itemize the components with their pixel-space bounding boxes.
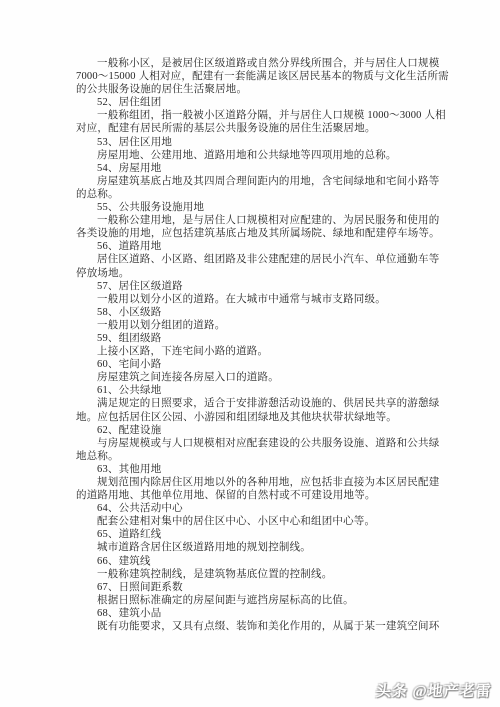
document-line: 上接小区路，下连宅间小路的道路。 [76,345,436,358]
document-line: 对应，配建有居民所需的基层公共服务设施的居住生活聚居地。 [76,122,436,135]
document-line: 一般称建筑控制线，是建筑物基底位置的控制线。 [76,568,436,581]
document-line: 的道路用地、其他单位用地、保留的自然村或不可建设用地等。 [76,489,436,502]
document-page: { "page": { "background": "#fefefe", "te… [0,0,500,707]
document-line: 房屋用地、公建用地、道路用地和公共绿地等四项用地的总称。 [76,149,436,162]
document-line: 的总称。 [76,188,436,201]
toutiao-watermark: 头条 @地产老雷 [376,680,493,701]
document-line: 60、宅间小路 [76,358,436,371]
document-line: 房屋建筑之间连接各房屋入口的道路。 [76,371,436,384]
document-line: 58、小区级路 [76,306,436,319]
document-line: 57、居住区级道路 [76,280,436,293]
document-line: 地。应包括居住区公园、小游园和组团绿地及其他块状带状绿地等。 [76,411,436,424]
document-line: 65、道路红线 [76,528,436,541]
document-line: 各类设施的用地，应包括建筑基底占地及其所属场院、绿地和配建停车场等。 [76,227,436,240]
document-line: 7000～15000 人相对应，配建有一套能满足该区居民基本的物质与文化生活所需 [76,70,436,83]
document-line: 一般称公建用地，是与居住人口规模相对应配建的、为居民服务和使用的 [76,214,436,227]
document-line: 根据日照标准确定的房屋间距与遮挡房屋标高的比值。 [76,594,436,607]
document-line: 68、建筑小品 [76,607,436,620]
document-line: 与房屋规模或与人口规模相对应配套建设的公共服务设施、道路和公共绿 [76,437,436,450]
document-line: 房屋建筑基底占地及其四周合理间距内的用地，含宅间绿地和宅间小路等 [76,175,436,188]
document-line: 地总称。 [76,450,436,463]
document-line: 一般用以划分组团的道路。 [76,319,436,332]
document-line: 城市道路含居住区级道路用地的规划控制线。 [76,541,436,554]
document-line: 67、日照间距系数 [76,581,436,594]
document-line: 一般称组团，指一般被小区道路分隔，并与居住人口规模 1000～3000 人相 [76,109,436,122]
document-line: 66、建筑线 [76,555,436,568]
document-line: 居住区道路、小区路、组团路及非公建配建的居民小汽车、单位通勤车等 [76,253,436,266]
document-line: 54、房屋用地 [76,162,436,175]
document-line: 满足规定的日照要求，适合于安排游憩活动设施的、供居民共享的游憩绿 [76,397,436,410]
document-line: 56、道路用地 [76,240,436,253]
document-line: 52、居住组团 [76,96,436,109]
document-line: 59、组团级路 [76,332,436,345]
document-line: 的公共服务设施的居住生活聚居地。 [76,83,436,96]
document-text-block: 一般称小区，是被居住区级道路或自然分界线所围合，并与居住人口规模7000～150… [76,57,436,633]
document-line: 既有功能要求，又具有点缀、装饰和美化作用的，从属于某一建筑空间环 [76,620,436,633]
document-line: 64、公共活动中心 [76,502,436,515]
document-line: 62、配建设施 [76,424,436,437]
document-line: 停放场地。 [76,267,436,280]
document-line: 63、其他用地 [76,463,436,476]
document-line: 53、居住区用地 [76,136,436,149]
document-line: 61、公共绿地 [76,384,436,397]
document-line: 一般用以划分小区的道路。在大城市中通常与城市支路同级。 [76,293,436,306]
document-line: 规划范围内除居住区用地以外的各种用地，应包括非直接为本区居民配建 [76,476,436,489]
document-line: 配套公建相对集中的居住区中心、小区中心和组团中心等。 [76,515,436,528]
document-line: 一般称小区，是被居住区级道路或自然分界线所围合，并与居住人口规模 [76,57,436,70]
document-line: 55、公共服务设施用地 [76,201,436,214]
